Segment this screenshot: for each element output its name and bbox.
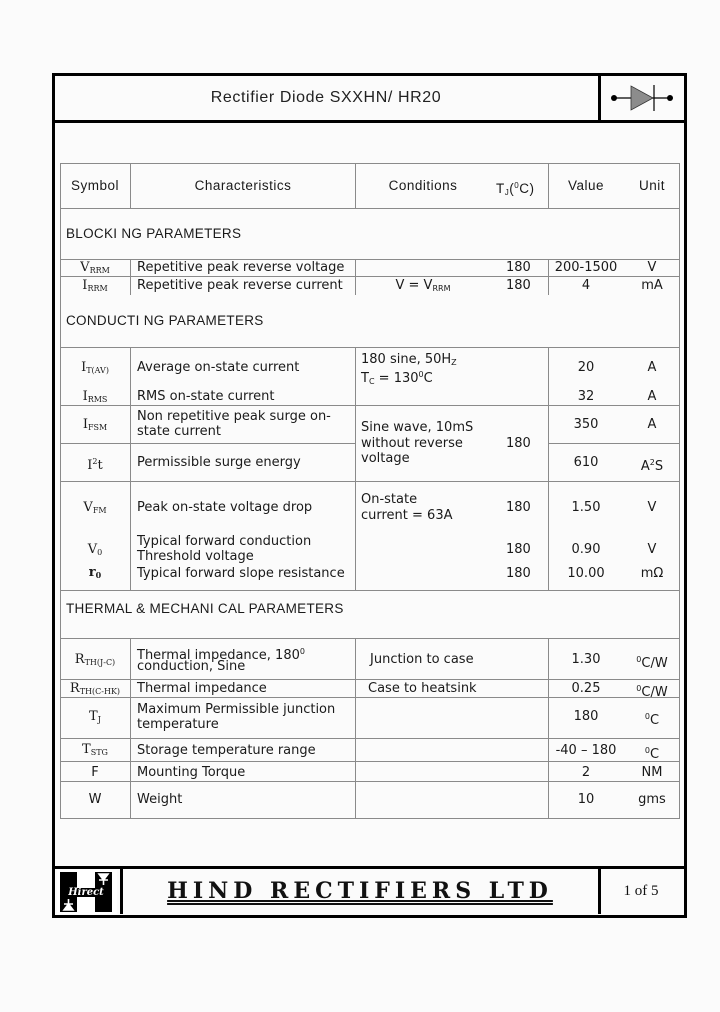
condition-vfm-line1: On-state (361, 492, 417, 507)
symbol-i2t: I2t (60, 454, 130, 473)
value: 4 (548, 278, 624, 293)
symbol-w: W (60, 792, 130, 807)
characteristic: Peak on-state voltage drop (137, 500, 312, 515)
unit: gms (624, 792, 680, 807)
unit: V (624, 500, 680, 515)
characteristic-line2: state current (137, 424, 221, 439)
characteristic: Thermal impedance (137, 681, 267, 696)
symbol-rthjc: RTH(J-C) (60, 652, 130, 670)
symbol-ifsm: IFSM (60, 417, 130, 435)
col-header-tj: TJ(0C) (496, 178, 534, 200)
symbol-irms: IRMS (60, 389, 130, 407)
footer-divider (52, 866, 684, 869)
symbol-irrm: IRRM (60, 278, 130, 296)
value: 200-1500 (548, 260, 624, 275)
symbol-vrrm: VRRM (60, 260, 130, 278)
symbol-itav: IT(AV) (60, 360, 130, 378)
characteristic-line2: temperature (137, 717, 219, 732)
section-blocking: BLOCKI NG PARAMETERS (66, 226, 241, 241)
value: 350 (548, 417, 624, 432)
unit: 0C/W (624, 681, 680, 700)
characteristic: Permissible surge energy (137, 455, 301, 470)
tj: 180 (506, 542, 531, 557)
characteristic: Average on-state current (137, 360, 299, 375)
col-header-conditions: Conditions (356, 178, 490, 193)
col-header-symbol: Symbol (60, 178, 130, 193)
header-divider (52, 120, 684, 123)
value: 610 (548, 455, 624, 470)
unit: 0C (624, 743, 680, 762)
value: 0.25 (548, 681, 624, 696)
header-icon-divider (598, 73, 601, 122)
value: 20 (548, 360, 624, 375)
unit: V (624, 542, 680, 557)
characteristic-line1: Non repetitive peak surge on- (137, 409, 331, 424)
characteristic: Repetitive peak reverse voltage (137, 260, 344, 275)
condition-avg-line2: TC = 1300C (361, 367, 433, 389)
condition: V = VRRM (356, 278, 490, 296)
characteristic: Mounting Torque (137, 765, 245, 780)
section-thermal: THERMAL & MECHANI CAL PARAMETERS (66, 601, 344, 616)
value: -40 – 180 (548, 743, 624, 758)
characteristic: Typical forward slope resistance (137, 566, 345, 581)
value: 10 (548, 792, 624, 807)
symbol-tstg: TSTG (60, 742, 130, 760)
symbol-rthch: RTH(C-HK) (60, 681, 130, 699)
tj: 180 (506, 260, 531, 275)
condition-vfm-line2: current = 63A (361, 508, 453, 523)
page-number: 1 of 5 (600, 876, 682, 906)
tj-surge: 180 (506, 436, 531, 451)
symbol-tj: TJ (60, 709, 130, 727)
characteristic-line2: Threshold voltage (137, 549, 254, 564)
unit: A (624, 389, 680, 404)
condition-surge-line1: Sine wave, 10mS (361, 420, 473, 435)
unit: V (624, 260, 680, 275)
condition-surge-line2: without reverse (361, 436, 463, 451)
footer-logo-divider (120, 866, 123, 914)
characteristic: RMS on-state current (137, 389, 274, 404)
section-conducting: CONDUCTI NG PARAMETERS (66, 313, 264, 328)
characteristic-line2: conduction, Sine (137, 659, 245, 674)
unit: A (624, 417, 680, 432)
svg-text:Hirect: Hirect (67, 887, 104, 898)
characteristic-line1: Typical forward conduction (137, 534, 311, 549)
symbol-vfm: VFM (60, 500, 130, 518)
diode-icon (604, 80, 680, 116)
value: 1.50 (548, 500, 624, 515)
value: 10.00 (548, 566, 624, 581)
value: 32 (548, 389, 624, 404)
condition: Case to heatsink (368, 681, 477, 696)
value: 1.30 (548, 652, 624, 667)
characteristic: Weight (137, 792, 182, 807)
value: 2 (548, 765, 624, 780)
condition-surge-line3: voltage (361, 451, 410, 466)
symbol-v0: V0 (60, 542, 130, 560)
value: 0.90 (548, 542, 624, 557)
unit: 0C (624, 709, 680, 728)
tj: 180 (506, 500, 531, 515)
symbol-f: F (60, 765, 130, 780)
condition: Junction to case (370, 652, 474, 667)
company-name: HIND RECTIFIERS LTD (125, 876, 595, 906)
unit: 0C/W (624, 652, 680, 671)
unit: A (624, 360, 680, 375)
col-header-characteristics: Characteristics (131, 178, 355, 193)
characteristic: Storage temperature range (137, 743, 316, 758)
characteristic-line1: Maximum Permissible junction (137, 702, 335, 717)
unit: A2S (624, 455, 680, 474)
col-header-value: Value (548, 178, 624, 193)
unit: mA (624, 278, 680, 293)
col-header-unit: Unit (624, 178, 680, 193)
tj: 180 (506, 278, 531, 293)
document-title: Rectifier Diode SXXHN/ HR20 (56, 78, 596, 118)
characteristic: Repetitive peak reverse current (137, 278, 343, 293)
unit: mΩ (624, 566, 680, 581)
unit: NM (624, 765, 680, 780)
symbol-r0: r0 (60, 565, 130, 583)
hirect-logo-icon: Hirect (57, 870, 117, 914)
value: 180 (548, 709, 624, 724)
tj: 180 (506, 566, 531, 581)
company-logo: Hirect (57, 870, 117, 914)
